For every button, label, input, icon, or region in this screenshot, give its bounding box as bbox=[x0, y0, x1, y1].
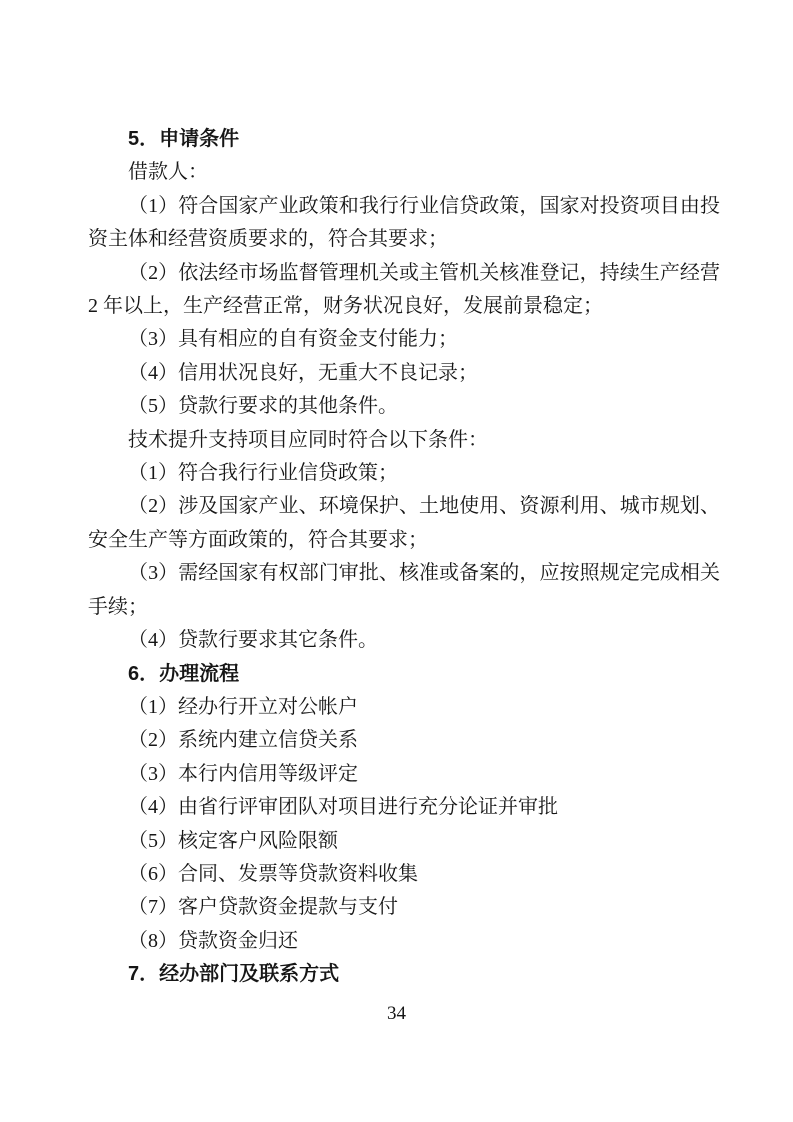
paragraph-tech-condition-1: （1）符合我行行业信贷政策； bbox=[88, 457, 720, 490]
paragraph-condition-2: （2）依法经市场监督管理机关或主管机关核准登记，持续生产经营 2 年以上，生产经… bbox=[88, 257, 720, 324]
paragraph-tech-condition-2: （2）涉及国家产业、环境保护、土地使用、资源利用、城市规划、安全生产等方面政策的… bbox=[88, 490, 720, 557]
heading-department-contact: 7．经办部门及联系方式 bbox=[88, 958, 720, 991]
paragraph-flow-step-8: （8）贷款资金归还 bbox=[88, 925, 720, 958]
paragraph-borrower-label: 借款人： bbox=[88, 156, 720, 189]
paragraph-flow-step-4: （4）由省行评审团队对项目进行充分论证并审批 bbox=[88, 791, 720, 824]
document-page: 5．申请条件 借款人： （1）符合国家产业政策和我行行业信贷政策，国家对投资项目… bbox=[0, 0, 793, 1122]
paragraph-tech-project-intro: 技术提升支持项目应同时符合以下条件： bbox=[88, 424, 720, 457]
paragraph-condition-4: （4）信用状况良好，无重大不良记录； bbox=[88, 357, 720, 390]
heading-processing-flow: 6．办理流程 bbox=[88, 658, 720, 691]
paragraph-flow-step-1: （1）经办行开立对公帐户 bbox=[88, 691, 720, 724]
heading-application-conditions: 5．申请条件 bbox=[88, 123, 720, 156]
paragraph-condition-1: （1）符合国家产业政策和我行行业信贷政策，国家对投资项目由投资主体和经营资质要求… bbox=[88, 190, 720, 257]
paragraph-condition-3: （3）具有相应的自有资金支付能力； bbox=[88, 323, 720, 356]
page-number: 34 bbox=[0, 1004, 793, 1024]
paragraph-flow-step-7: （7）客户贷款资金提款与支付 bbox=[88, 891, 720, 924]
paragraph-tech-condition-4: （4）贷款行要求其它条件。 bbox=[88, 624, 720, 657]
paragraph-flow-step-3: （3）本行内信用等级评定 bbox=[88, 758, 720, 791]
paragraph-flow-step-6: （6）合同、发票等贷款资料收集 bbox=[88, 858, 720, 891]
paragraph-tech-condition-3: （3）需经国家有权部门审批、核准或备案的，应按照规定完成相关手续； bbox=[88, 557, 720, 624]
paragraph-flow-step-5: （5）核定客户风险限额 bbox=[88, 825, 720, 858]
paragraph-condition-5: （5）贷款行要求的其他条件。 bbox=[88, 390, 720, 423]
paragraph-flow-step-2: （2）系统内建立信贷关系 bbox=[88, 724, 720, 757]
